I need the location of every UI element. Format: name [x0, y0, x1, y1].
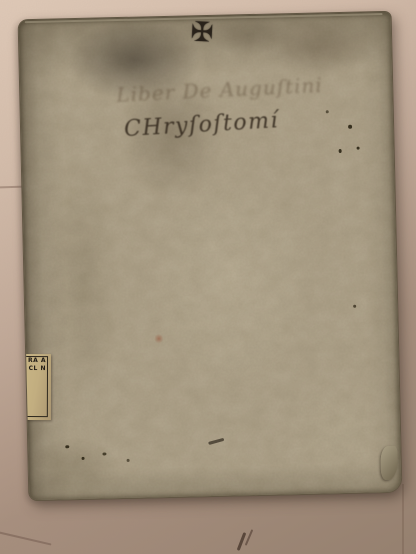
wormhole-speck — [65, 445, 69, 448]
library-label-line2: CL N — [28, 365, 46, 373]
maltese-cross-icon: ✠ — [184, 15, 220, 51]
library-label-text: RA A CL N — [28, 357, 46, 373]
curled-corner — [380, 446, 398, 480]
book-cover: ✠ Liber De Auguſtini CHryſoſtomí RA A CL… — [18, 11, 403, 501]
wormhole-speck — [357, 147, 360, 150]
handwritten-title-line1: Liber De Auguſtini — [116, 73, 327, 107]
table-seam-vertical — [402, 484, 404, 554]
handwritten-title-line2: CHryſoſtomí — [123, 107, 304, 142]
ink-dash-mark — [208, 438, 224, 445]
library-label-line1: RA A — [28, 357, 46, 365]
wormhole-speck — [82, 457, 85, 460]
wormhole-speck — [339, 149, 342, 153]
wormhole-speck — [348, 125, 352, 129]
red-stain — [154, 334, 164, 343]
wormhole-speck — [127, 459, 130, 462]
wormhole-speck — [102, 452, 106, 455]
library-label: RA A CL N — [18, 354, 51, 420]
photo-background: ✠ Liber De Auguſtini CHryſoſtomí RA A CL… — [0, 0, 416, 554]
wormhole-speck — [326, 110, 329, 113]
scratch-mark — [0, 531, 51, 546]
pen-mark — [245, 529, 253, 545]
wormhole-speck — [353, 305, 356, 308]
